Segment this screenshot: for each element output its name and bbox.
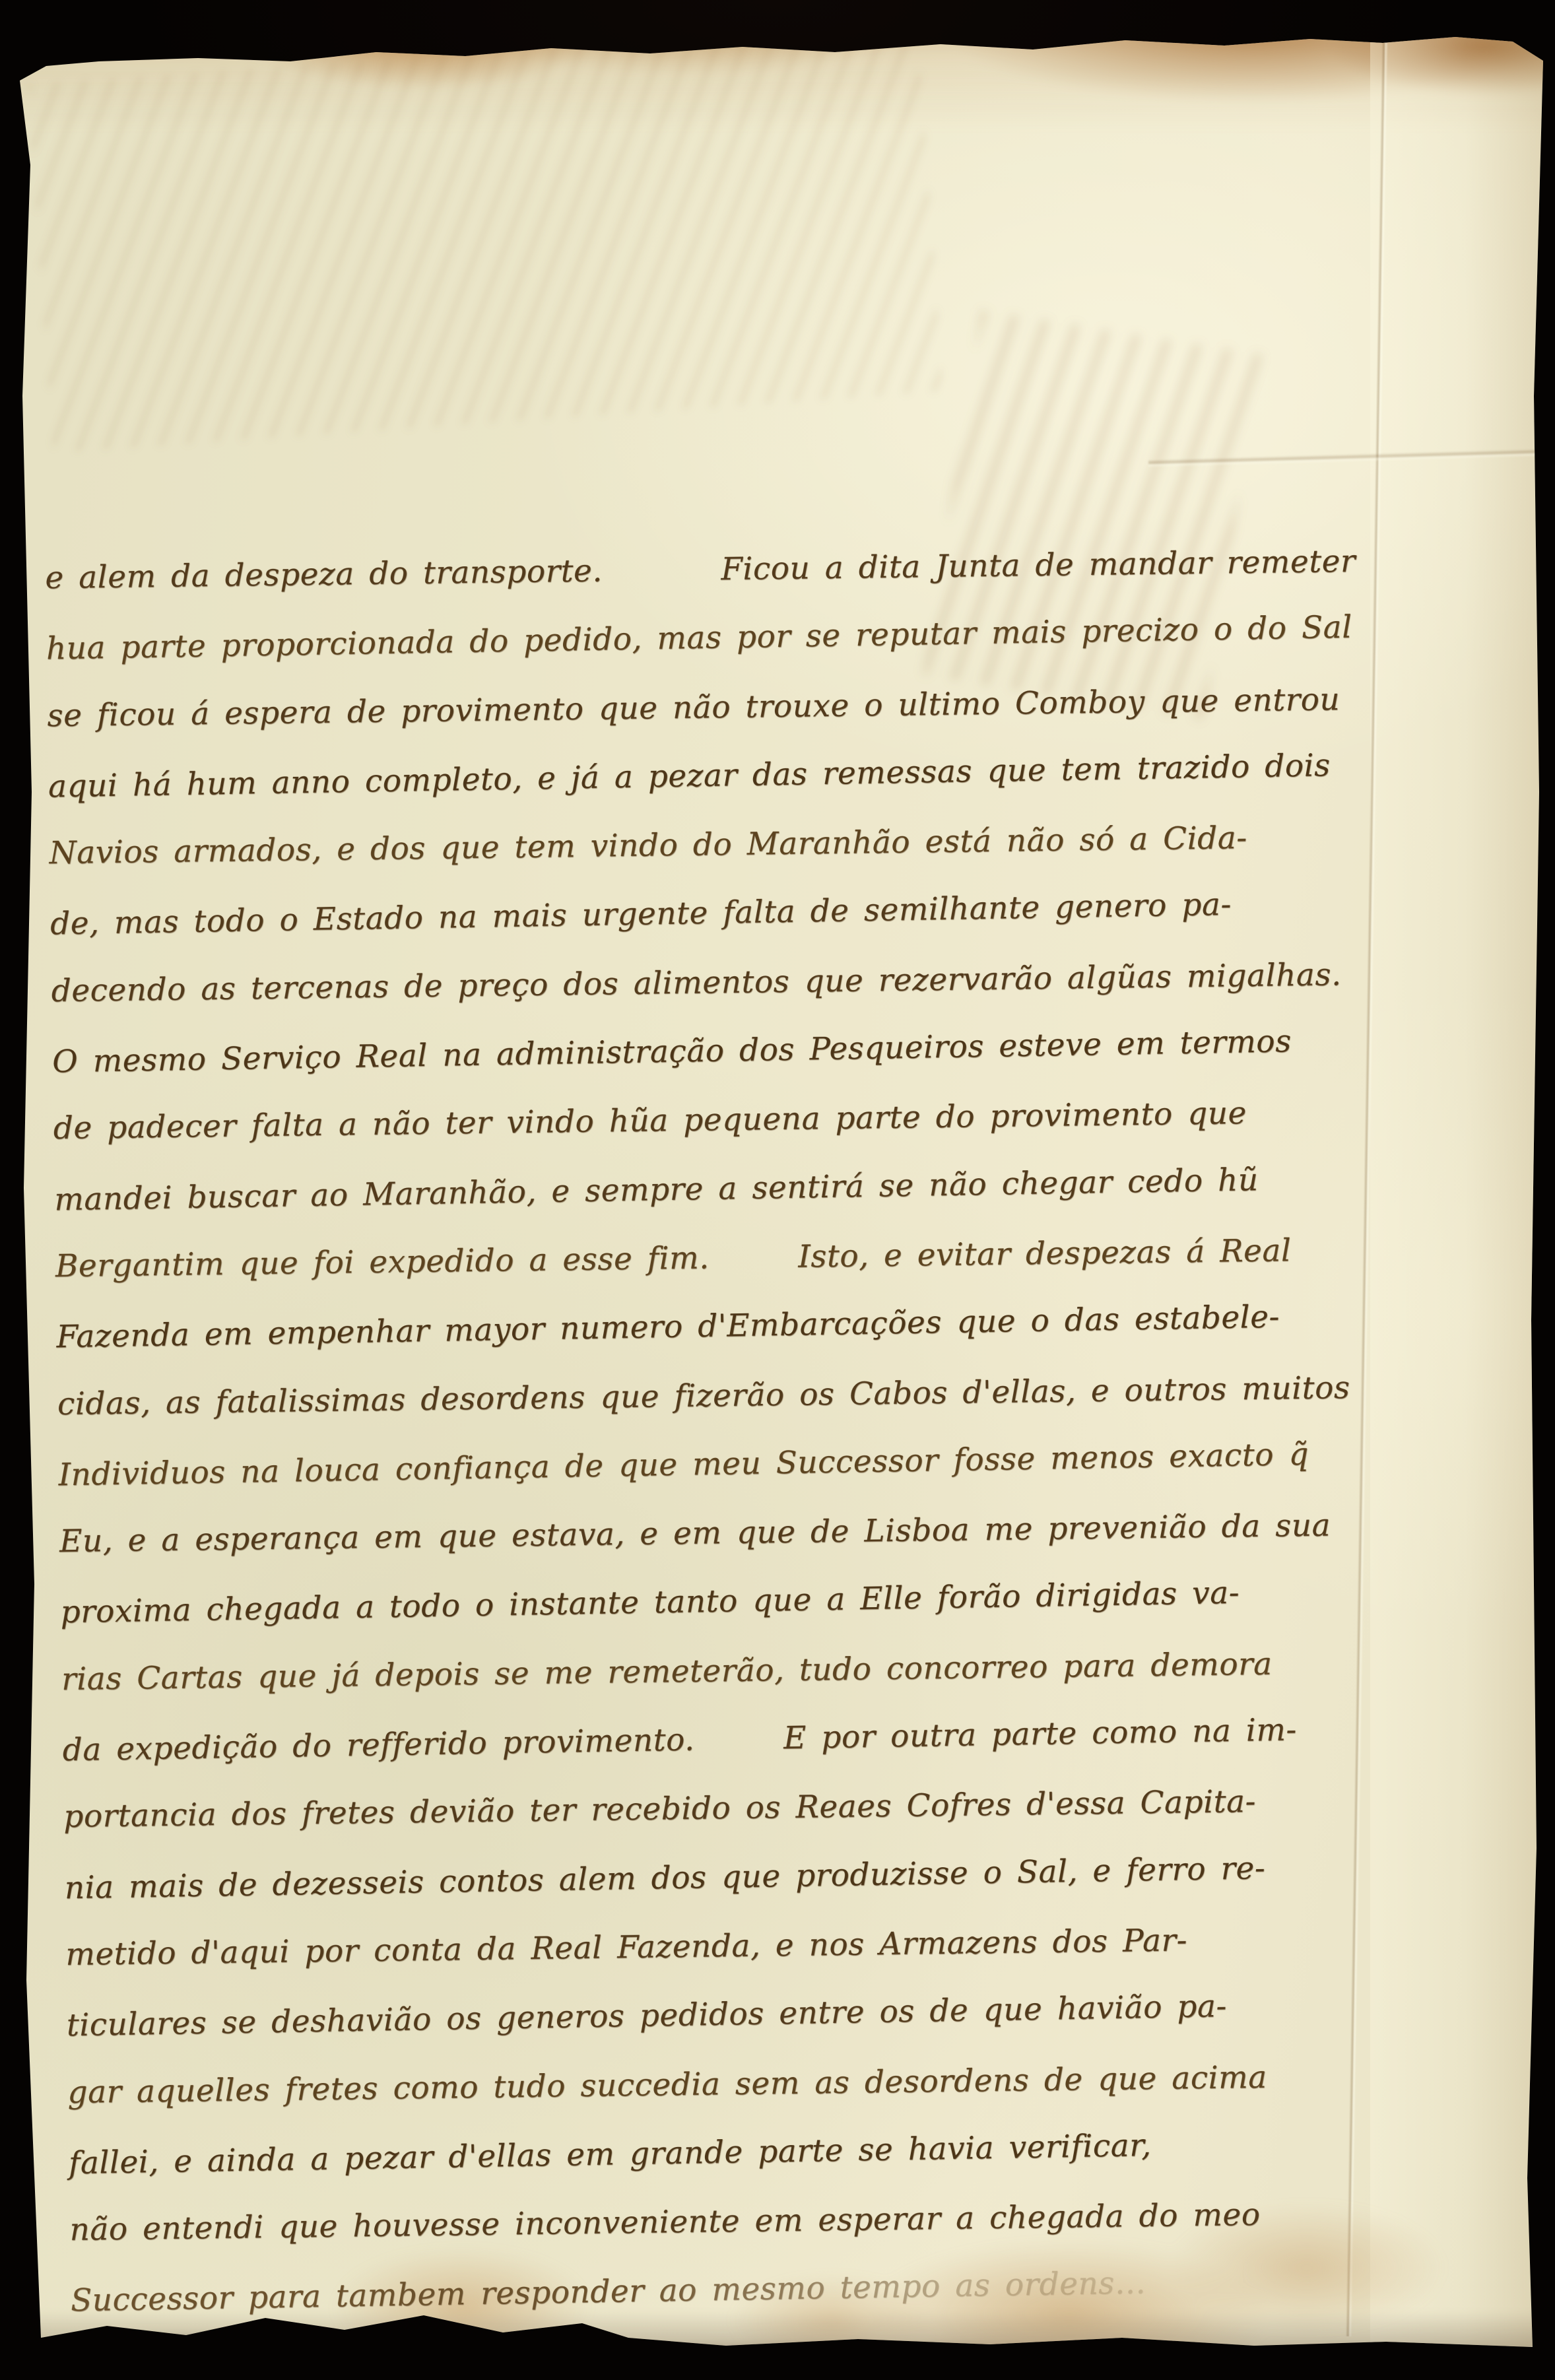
right-fold-flap <box>1370 36 1543 2346</box>
photo-backdrop: e alem da despeza do transporte. Ficou a… <box>0 0 1555 2380</box>
horizontal-fold-crease <box>1148 449 1544 468</box>
stain-top-edge <box>0 0 1555 132</box>
ink-showthrough-top-left <box>28 22 943 453</box>
handwritten-text: e alem da despeza do transporte. Ficou a… <box>45 545 1193 2351</box>
manuscript-page: e alem da despeza do transporte. Ficou a… <box>0 0 1555 2380</box>
vertical-fold-crease <box>1346 40 1389 2336</box>
